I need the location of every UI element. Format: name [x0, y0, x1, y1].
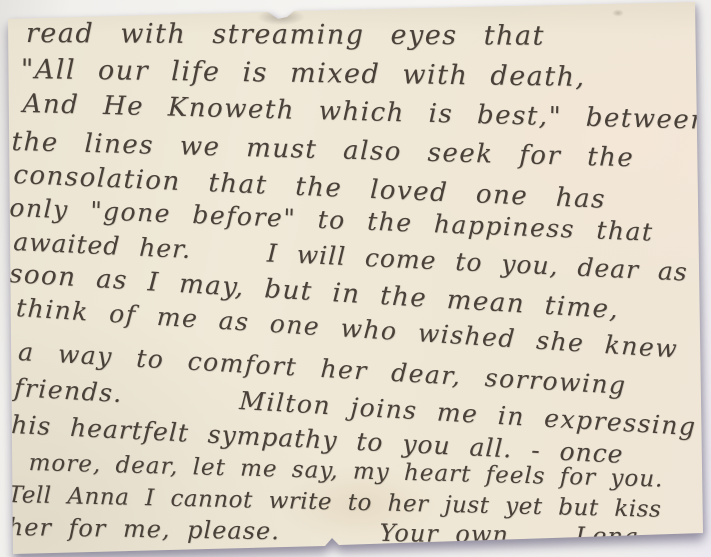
letter-card: read with streaming eyes that "All our l… — [0, 0, 711, 557]
letter-card-shadow: read with streaming eyes that "All our l… — [0, 0, 711, 557]
handwriting-line-1: read with streaming eyes that — [26, 18, 545, 52]
letter-photo: read with streaming eyes that "All our l… — [0, 0, 711, 557]
handwriting-line-2: "All our life is mixed with death, — [21, 54, 586, 93]
